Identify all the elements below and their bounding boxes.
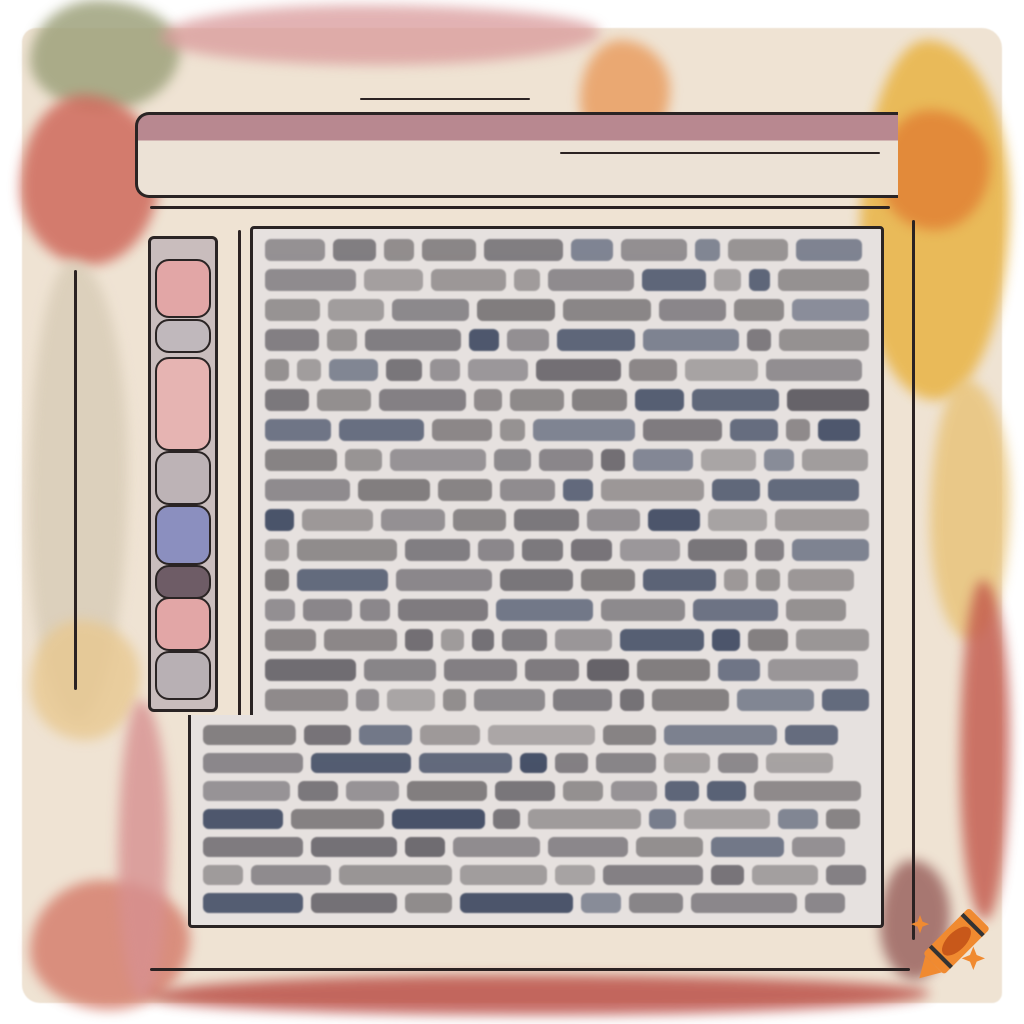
brick-stroke (652, 689, 729, 711)
brick-row (265, 299, 869, 321)
brick-stroke (826, 809, 859, 829)
brick-stroke (360, 599, 390, 621)
brick-stroke (514, 269, 541, 291)
frame-left-inner (238, 230, 241, 720)
bottom-red-edge-wash (150, 975, 930, 1015)
brick-stroke (203, 725, 296, 745)
brick-stroke (302, 509, 372, 531)
brick-stroke (714, 269, 741, 291)
brick-stroke (460, 893, 573, 913)
brick-stroke (265, 419, 331, 441)
brick-stroke (381, 509, 446, 531)
brick-row (265, 449, 869, 471)
brick-stroke (494, 449, 530, 471)
frame-right (912, 220, 915, 940)
brick-stroke (548, 837, 628, 857)
brick-stroke (460, 865, 547, 885)
brick-stroke (265, 329, 319, 351)
brick-stroke (747, 329, 771, 351)
brick-stroke (792, 837, 845, 857)
brick-stroke (311, 837, 398, 857)
brick-stroke (548, 269, 634, 291)
brick-stroke (637, 659, 709, 681)
brick-stroke (620, 689, 644, 711)
brick-stroke (684, 809, 771, 829)
stone-dark (155, 565, 211, 599)
brick-stroke (775, 509, 869, 531)
brick-stroke (203, 809, 283, 829)
brick-stroke (265, 599, 295, 621)
brick-stroke (405, 629, 433, 651)
brick-stroke (474, 689, 545, 711)
brick-stroke (392, 809, 485, 829)
brick-stroke (365, 329, 461, 351)
brick-stroke (796, 239, 862, 261)
brick-stroke (629, 893, 682, 913)
brick-stroke (664, 725, 777, 745)
brick-stroke (620, 539, 679, 561)
brick-stroke (520, 753, 547, 773)
brick-row (265, 479, 869, 501)
brick-stroke (297, 359, 321, 381)
brick-stroke (265, 629, 316, 651)
brick-stroke (356, 689, 380, 711)
brick-stroke (587, 509, 640, 531)
header-line-top (360, 98, 530, 100)
brick-stroke (805, 893, 845, 913)
brick-stroke (711, 837, 784, 857)
brick-stroke (571, 539, 612, 561)
brick-stroke (453, 509, 506, 531)
brick-stroke (265, 239, 325, 261)
brick-row (265, 629, 869, 651)
brick-stroke (620, 629, 705, 651)
brick-stroke (787, 389, 869, 411)
stone-pink (155, 259, 211, 318)
brick-stroke (712, 629, 740, 651)
brick-stroke (390, 449, 487, 471)
brick-stroke (766, 359, 863, 381)
brick-stroke (386, 359, 422, 381)
frame-bottom (150, 968, 910, 971)
brick-stroke (514, 509, 579, 531)
brick-stroke (444, 659, 516, 681)
brick-row (265, 419, 869, 441)
brick-stroke (364, 269, 423, 291)
brick-stroke (359, 725, 412, 745)
brick-stroke (581, 569, 635, 591)
brick-stroke (701, 449, 755, 471)
brick-stroke (557, 329, 635, 351)
brick-stroke (396, 569, 493, 591)
brick-stroke (384, 239, 414, 261)
brick-stroke (755, 539, 785, 561)
brick-row (265, 539, 869, 561)
brick-stroke (643, 569, 715, 591)
sparkle-icon (911, 915, 929, 933)
brick-stroke (555, 629, 611, 651)
brick-stroke (432, 419, 492, 441)
brick-stroke (779, 329, 869, 351)
brick-stroke (633, 449, 693, 471)
brick-stroke (571, 239, 613, 261)
brick-stroke (756, 569, 780, 591)
brick-stroke (553, 689, 612, 711)
brick-stroke (203, 753, 303, 773)
brick-row (265, 329, 869, 351)
frame-left-outer (74, 270, 77, 690)
brick-stroke (695, 239, 719, 261)
brick-stroke (265, 389, 309, 411)
brick-stroke (265, 299, 320, 321)
brick-stroke (339, 865, 452, 885)
brick-stroke (691, 893, 798, 913)
brick-stroke (826, 865, 866, 885)
brick-stroke (572, 389, 627, 411)
brick-stroke (478, 539, 513, 561)
brick-stroke (265, 509, 294, 531)
brick-stroke (392, 299, 470, 321)
brick-stroke (441, 629, 464, 651)
brick-row (203, 753, 869, 773)
brick-stroke (297, 569, 388, 591)
brick-stroke (522, 539, 563, 561)
header-line-right (560, 152, 880, 154)
brick-stroke (718, 659, 760, 681)
stone-grey (155, 451, 211, 505)
brick-row (203, 865, 869, 885)
brick-stroke (265, 689, 348, 711)
brick-stroke (203, 837, 303, 857)
brick-stroke (664, 753, 711, 773)
brick-stroke (718, 753, 758, 773)
brick-stroke (563, 479, 593, 501)
brick-stroke (764, 449, 794, 471)
crayon-icon (890, 890, 1010, 1010)
brick-stroke (603, 865, 703, 885)
brick-stroke (665, 781, 698, 801)
brick-stroke (265, 539, 289, 561)
brick-row (265, 239, 869, 261)
brick-stroke (629, 359, 677, 381)
brick-stroke (708, 509, 767, 531)
brick-stroke (304, 725, 351, 745)
right-red-edge-wash (960, 580, 1010, 920)
brick-stroke (539, 449, 593, 471)
main-brick-panel (250, 226, 884, 727)
stone-blue (155, 505, 211, 565)
brick-stroke (802, 449, 868, 471)
brick-stroke (364, 659, 436, 681)
brick-row (203, 725, 869, 745)
brick-stroke (768, 659, 859, 681)
brick-stroke (711, 865, 744, 885)
brick-stroke (407, 781, 487, 801)
brick-stroke (728, 239, 788, 261)
brick-stroke (748, 629, 787, 651)
brick-stroke (420, 725, 480, 745)
brick-stroke (649, 809, 676, 829)
brick-row (265, 689, 869, 711)
brick-stroke (693, 599, 778, 621)
brick-stroke (536, 359, 621, 381)
brick-stroke (611, 781, 658, 801)
brick-stroke (469, 329, 499, 351)
watercolor-artwork (0, 0, 1024, 1024)
brick-stroke (659, 299, 725, 321)
brick-stroke (379, 389, 466, 411)
brick-stroke (596, 753, 656, 773)
brick-stroke (422, 239, 476, 261)
brick-stroke (500, 479, 554, 501)
brick-stroke (786, 419, 810, 441)
brick-stroke (303, 599, 351, 621)
brick-stroke (500, 419, 524, 441)
brick-row (203, 809, 869, 829)
brick-stroke (438, 479, 492, 501)
brick-stroke (818, 419, 860, 441)
brick-stroke (528, 809, 641, 829)
brick-stroke (688, 539, 747, 561)
brick-stroke (581, 893, 621, 913)
brick-stroke (265, 359, 289, 381)
brick-stroke (405, 893, 452, 913)
brick-row (265, 269, 869, 291)
brick-stroke (636, 837, 703, 857)
brick-stroke (533, 419, 636, 441)
brick-stroke (251, 865, 331, 885)
brick-stroke (685, 359, 757, 381)
brick-stroke (358, 479, 430, 501)
brick-stroke (563, 299, 652, 321)
brick-stroke (297, 539, 398, 561)
header-line-lower (150, 206, 890, 209)
brick-row (265, 389, 869, 411)
brick-stroke (317, 389, 372, 411)
stone-grey (155, 319, 211, 353)
brick-stroke (405, 837, 445, 857)
brick-stroke (563, 781, 603, 801)
brick-stroke (298, 781, 338, 801)
brick-stroke (768, 479, 859, 501)
stone-pink (155, 597, 211, 651)
brick-stroke (265, 449, 337, 471)
brick-stroke (419, 753, 512, 773)
brick-stroke (203, 781, 290, 801)
brick-stroke (484, 239, 563, 261)
brick-stroke (495, 781, 555, 801)
brick-stroke (327, 329, 357, 351)
brick-stroke (265, 479, 350, 501)
brick-stroke (488, 725, 595, 745)
brick-stroke (525, 659, 579, 681)
brick-stroke (796, 629, 869, 651)
brick-stroke (324, 629, 397, 651)
brick-stroke (752, 865, 819, 885)
brick-stroke (724, 569, 748, 591)
brick-stroke (692, 389, 779, 411)
brick-stroke (730, 419, 778, 441)
crayon-watermark (890, 890, 1010, 1010)
brick-stroke (643, 419, 722, 441)
brick-row (265, 509, 869, 531)
brick-stroke (754, 781, 861, 801)
brick-stroke (734, 299, 784, 321)
brick-stroke (453, 837, 540, 857)
brick-stroke (468, 359, 528, 381)
brick-stroke (496, 599, 593, 621)
brick-stroke (822, 689, 869, 711)
brick-stroke (474, 389, 501, 411)
brick-stroke (265, 569, 289, 591)
brick-stroke (792, 539, 869, 561)
brick-stroke (500, 569, 572, 591)
brick-stroke (430, 359, 460, 381)
brick-stroke (203, 893, 303, 913)
brick-stroke (345, 449, 381, 471)
brick-stroke (346, 781, 399, 801)
stone-grey (155, 651, 211, 700)
brick-stroke (788, 569, 854, 591)
brick-stroke (339, 419, 424, 441)
brick-stroke (510, 389, 565, 411)
brick-stroke (398, 599, 489, 621)
brick-stroke (621, 239, 687, 261)
brick-stroke (472, 629, 495, 651)
brick-stroke (792, 299, 870, 321)
brick-stroke (431, 269, 506, 291)
brick-stroke (493, 809, 520, 829)
brick-stroke (785, 725, 838, 745)
brick-stroke (265, 269, 356, 291)
brick-stroke (311, 753, 411, 773)
brick-stroke (648, 509, 701, 531)
brick-stroke (443, 689, 467, 711)
brick-stroke (643, 329, 739, 351)
brick-stroke (778, 269, 869, 291)
brick-row (265, 599, 869, 621)
brick-stroke (405, 539, 470, 561)
brick-stroke (477, 299, 555, 321)
brick-stroke (387, 689, 434, 711)
brick-row (203, 781, 869, 801)
stone-pillar (148, 236, 218, 712)
brick-row (265, 569, 869, 591)
brick-stroke (603, 725, 656, 745)
brick-stroke (555, 753, 588, 773)
stone-pink (155, 357, 211, 451)
header-band (135, 112, 898, 198)
brick-row (265, 659, 869, 681)
brick-stroke (635, 389, 684, 411)
brick-stroke (203, 865, 243, 885)
brick-stroke (587, 659, 629, 681)
brick-row (203, 893, 869, 913)
brick-stroke (328, 299, 383, 321)
brick-stroke (712, 479, 760, 501)
brick-stroke (737, 689, 814, 711)
brick-stroke (601, 449, 625, 471)
lower-brick-panel (188, 715, 884, 928)
brick-stroke (601, 599, 686, 621)
brick-stroke (291, 809, 384, 829)
brick-stroke (311, 893, 398, 913)
brick-stroke (507, 329, 549, 351)
brick-stroke (333, 239, 375, 261)
brick-stroke (329, 359, 377, 381)
brick-stroke (265, 659, 356, 681)
brick-row (265, 359, 869, 381)
brick-stroke (778, 809, 818, 829)
brick-stroke (502, 629, 547, 651)
brick-stroke (749, 269, 770, 291)
brick-stroke (555, 865, 595, 885)
brick-stroke (786, 599, 846, 621)
brick-stroke (766, 753, 833, 773)
brick-row (203, 837, 869, 857)
brick-stroke (642, 269, 706, 291)
brick-stroke (707, 781, 747, 801)
brick-stroke (601, 479, 704, 501)
